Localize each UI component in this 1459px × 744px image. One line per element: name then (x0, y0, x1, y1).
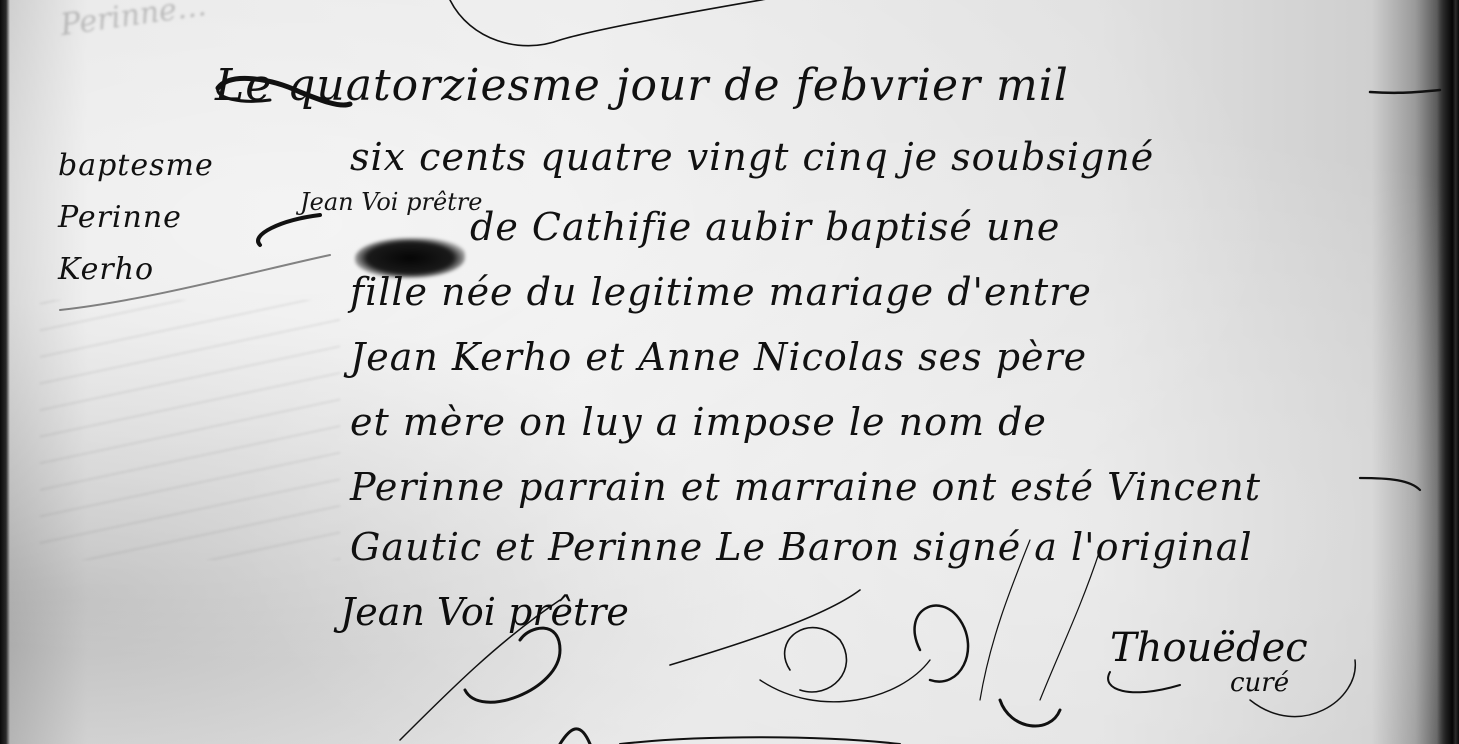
interlinear-insertion: Jean Voi prêtre (300, 188, 482, 216)
body-line-6: et mère on luy a impose le nom de (350, 400, 1047, 444)
cure-title: curé (1230, 668, 1289, 698)
margin-note: baptesme Perinne Kerho (58, 140, 298, 296)
body-line-2: six cents quatre vingt cinq je soubsigné (350, 135, 1154, 179)
body-line-1: Le quatorziesme jour de febvrier mil (215, 60, 1069, 111)
page-left-edge (0, 0, 10, 744)
scanned-page: Perinne… baptesme Perinne Kerho Le quato… (0, 0, 1459, 744)
cure-signature: Thouëdec (1110, 625, 1308, 671)
bleed-through-lines (40, 300, 340, 560)
body-line-4: fille née du legitime mariage d'entre (350, 270, 1092, 314)
body-line-3: de Cathifie aubir baptisé une (470, 205, 1060, 249)
margin-note-line-3: Kerho (58, 244, 298, 296)
body-line-8: Gautic et Perinne Le Baron signé a l'ori… (350, 525, 1253, 569)
margin-note-line-1: baptesme (58, 140, 298, 192)
body-line-7: Perinne parrain et marraine ont esté Vin… (350, 465, 1261, 509)
priest-signature: Jean Voi prêtre (340, 590, 629, 634)
margin-note-line-2: Perinne (58, 192, 298, 244)
bleed-through-text: Perinne… (58, 0, 208, 43)
body-line-5: Jean Kerho et Anne Nicolas ses père (350, 335, 1087, 379)
page-binding-edge (1437, 0, 1459, 744)
